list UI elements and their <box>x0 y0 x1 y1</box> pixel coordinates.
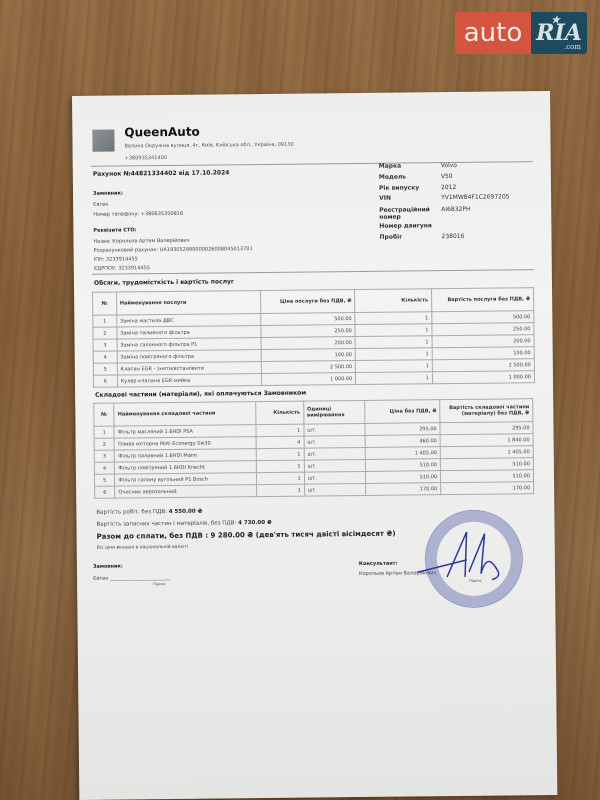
car-field: Реєстраційний номерAI6832PH <box>379 205 539 207</box>
parts-table: №Найменування складової частиниКількість… <box>93 398 534 499</box>
table-cell: 100.00 <box>262 349 356 362</box>
table-cell: 1 <box>256 424 304 437</box>
car-field: МодельV50 <box>379 172 539 174</box>
divider <box>91 161 533 167</box>
column-header: Найменування складової частини <box>114 402 256 426</box>
car-field: Номер двигуна <box>379 221 539 223</box>
table-cell: 2 500.00 <box>262 361 356 374</box>
table-cell: 1 840.00 <box>440 434 533 447</box>
table-cell: 1 <box>256 472 304 485</box>
table-cell: 295.00 <box>365 423 440 436</box>
company-address: Велика Окружна вулиця, 4г, Київ, Київськ… <box>124 142 293 150</box>
table-cell: шт. <box>304 483 366 496</box>
car-field-value: AI6832PH <box>441 206 470 213</box>
table-cell: 510.00 <box>366 459 441 472</box>
table-cell: 1 000.00 <box>432 371 534 384</box>
car-field-label: Номер двигуна <box>379 222 432 230</box>
customer-phone: Номер телефону: +380635350816 <box>93 211 183 218</box>
services-title: Обсяги, трудомісткість і вартість послуг <box>94 278 234 286</box>
table-cell: Кулер клапана EGR мийка <box>117 374 262 388</box>
table-cell: 510.00 <box>366 471 441 484</box>
signature-icon <box>406 521 527 592</box>
currency-note: Всі ціни вказані в національній валюті <box>97 545 188 551</box>
divider <box>92 269 534 275</box>
invoice-info: Рахунок №44821334402 від 17.10.2024 Замо… <box>93 168 373 171</box>
table-cell: Очисник аерозольний <box>115 485 257 498</box>
table-cell: 510.00 <box>441 470 534 483</box>
table-cell: 200.00 <box>432 335 534 348</box>
table-cell: 5 <box>94 474 115 486</box>
table-cell: 510.00 <box>441 458 534 471</box>
table-cell: 1 405.00 <box>365 447 440 460</box>
car-field-label: Реєстраційний номер <box>379 206 431 221</box>
table-cell: 4 <box>93 351 117 363</box>
table-cell: 4 <box>256 436 304 449</box>
column-header: № <box>93 292 117 315</box>
table-cell: 1 <box>355 336 432 349</box>
table-cell: 170.00 <box>441 482 534 495</box>
column-header: Ціна послуги без ПДВ, ₴ <box>261 290 355 314</box>
table-cell: 295.00 <box>440 422 533 435</box>
table-cell: шт. <box>304 447 366 460</box>
customer-label: Замовник: <box>93 190 123 196</box>
parts-title: Складові частини (матеріали), які оплачу… <box>95 390 306 399</box>
sto-account: Розрахунковий рахунок: UA193052990000026… <box>94 246 253 254</box>
table-cell: шт. <box>304 459 366 472</box>
table-cell: 200.00 <box>262 337 356 350</box>
car-field-value: 238016 <box>441 233 464 240</box>
services-table: №Найменування послугиЦіна послуги без ПД… <box>92 287 535 388</box>
table-cell: 250.00 <box>432 323 534 336</box>
table-cell: шт. <box>304 435 366 448</box>
car-field-label: Пробіг <box>379 234 402 241</box>
table-cell: 1 <box>355 324 432 337</box>
table-cell: 2 <box>94 438 115 450</box>
table-cell: 1 <box>356 348 433 361</box>
customer-name: Євген <box>93 202 108 208</box>
invoice-title: Рахунок №44821334402 від 17.10.2024 <box>93 169 230 177</box>
star-icon: ★ <box>551 15 560 26</box>
car-field-label: Марка <box>379 163 402 170</box>
car-field-label: VIN <box>379 195 391 202</box>
table-cell: 3 <box>94 450 115 462</box>
car-field-label: Модель <box>379 174 406 181</box>
labor-total: Вартість робіт, без ПДВ: 4 550.00 ₴ <box>96 509 202 516</box>
column-header: Ціна без ПДВ, ₴ <box>365 400 440 424</box>
car-field: Пробіг238016 <box>379 232 539 234</box>
company-name: QueenAuto <box>124 125 200 140</box>
car-field-value: V50 <box>441 173 453 180</box>
column-header: Вартість послуги без ПДВ, ₴ <box>431 288 533 312</box>
company-logo-icon <box>92 130 114 152</box>
sto-label: Реквізити СТО: <box>93 227 136 233</box>
table-cell: 500.00 <box>261 313 355 326</box>
table-cell: шт. <box>304 471 366 484</box>
table-cell: 500.00 <box>432 311 534 324</box>
table-cell: 2 <box>93 327 117 339</box>
table-cell: 3 <box>93 339 117 351</box>
car-field-value: YV1MW84F1C2697205 <box>441 193 510 201</box>
watermark-ria: ★ RIA .com <box>531 12 587 54</box>
table-cell: 4 <box>94 462 115 474</box>
table-cell: 1 <box>356 372 433 385</box>
table-cell: 1 <box>256 484 304 497</box>
watermark-auto: auto <box>455 12 531 54</box>
sto-name: Назва: Корольов Артем Валерійович <box>93 238 189 245</box>
sto-ipn: ІПН: 3233914455 <box>94 256 138 262</box>
car-field-value: 2012 <box>441 184 456 191</box>
autoria-watermark: auto ★ RIA .com <box>455 12 587 54</box>
column-header: Вартість складової частини (матеріалу) б… <box>440 399 533 423</box>
table-cell: 1 <box>256 448 304 461</box>
table-cell: 1 000.00 <box>262 373 356 386</box>
invoice-paper: QueenAuto Велика Окружна вулиця, 4г, Киї… <box>72 91 557 800</box>
sto-edrpou: ЄДРПОУ: 3233914455 <box>94 265 150 272</box>
grand-total: Разом до сплати, без ПДВ : 9 280.00 ₴ (д… <box>97 530 396 541</box>
company-phone: +380935341400 <box>125 155 167 161</box>
table-cell: 100.00 <box>432 347 534 360</box>
column-header: Одиниці вимірювання <box>303 400 365 424</box>
table-cell: 1 <box>94 426 115 438</box>
table-cell: 6 <box>95 486 116 498</box>
car-field: Рік випуску2012 <box>379 183 539 185</box>
table-cell: 250.00 <box>261 325 355 338</box>
column-header: Найменування послуги <box>116 291 261 316</box>
table-cell: 2 500.00 <box>432 359 534 372</box>
parts-total: Вартість запасних частин і матеріалів, б… <box>96 520 271 528</box>
car-field-value: Volvo <box>441 162 457 169</box>
table-cell: 1 <box>356 360 433 373</box>
car-field: VINYV1MW84F1C2697205 <box>379 193 539 195</box>
column-header: Кількість <box>355 289 432 313</box>
table-cell: 1 405.00 <box>440 446 533 459</box>
table-cell: 1 <box>355 312 432 325</box>
table-cell: 1 <box>93 315 117 327</box>
table-cell: 5 <box>93 363 117 375</box>
table-cell: шт. <box>304 423 366 436</box>
car-field-label: Рік випуску <box>379 184 419 191</box>
column-header: Кількість <box>256 401 304 424</box>
table-cell: 6 <box>93 375 117 387</box>
table-cell: 460.00 <box>365 435 440 448</box>
table-cell: 170.00 <box>366 483 441 496</box>
table-cell: 1 <box>256 460 304 473</box>
column-header: № <box>94 403 115 426</box>
